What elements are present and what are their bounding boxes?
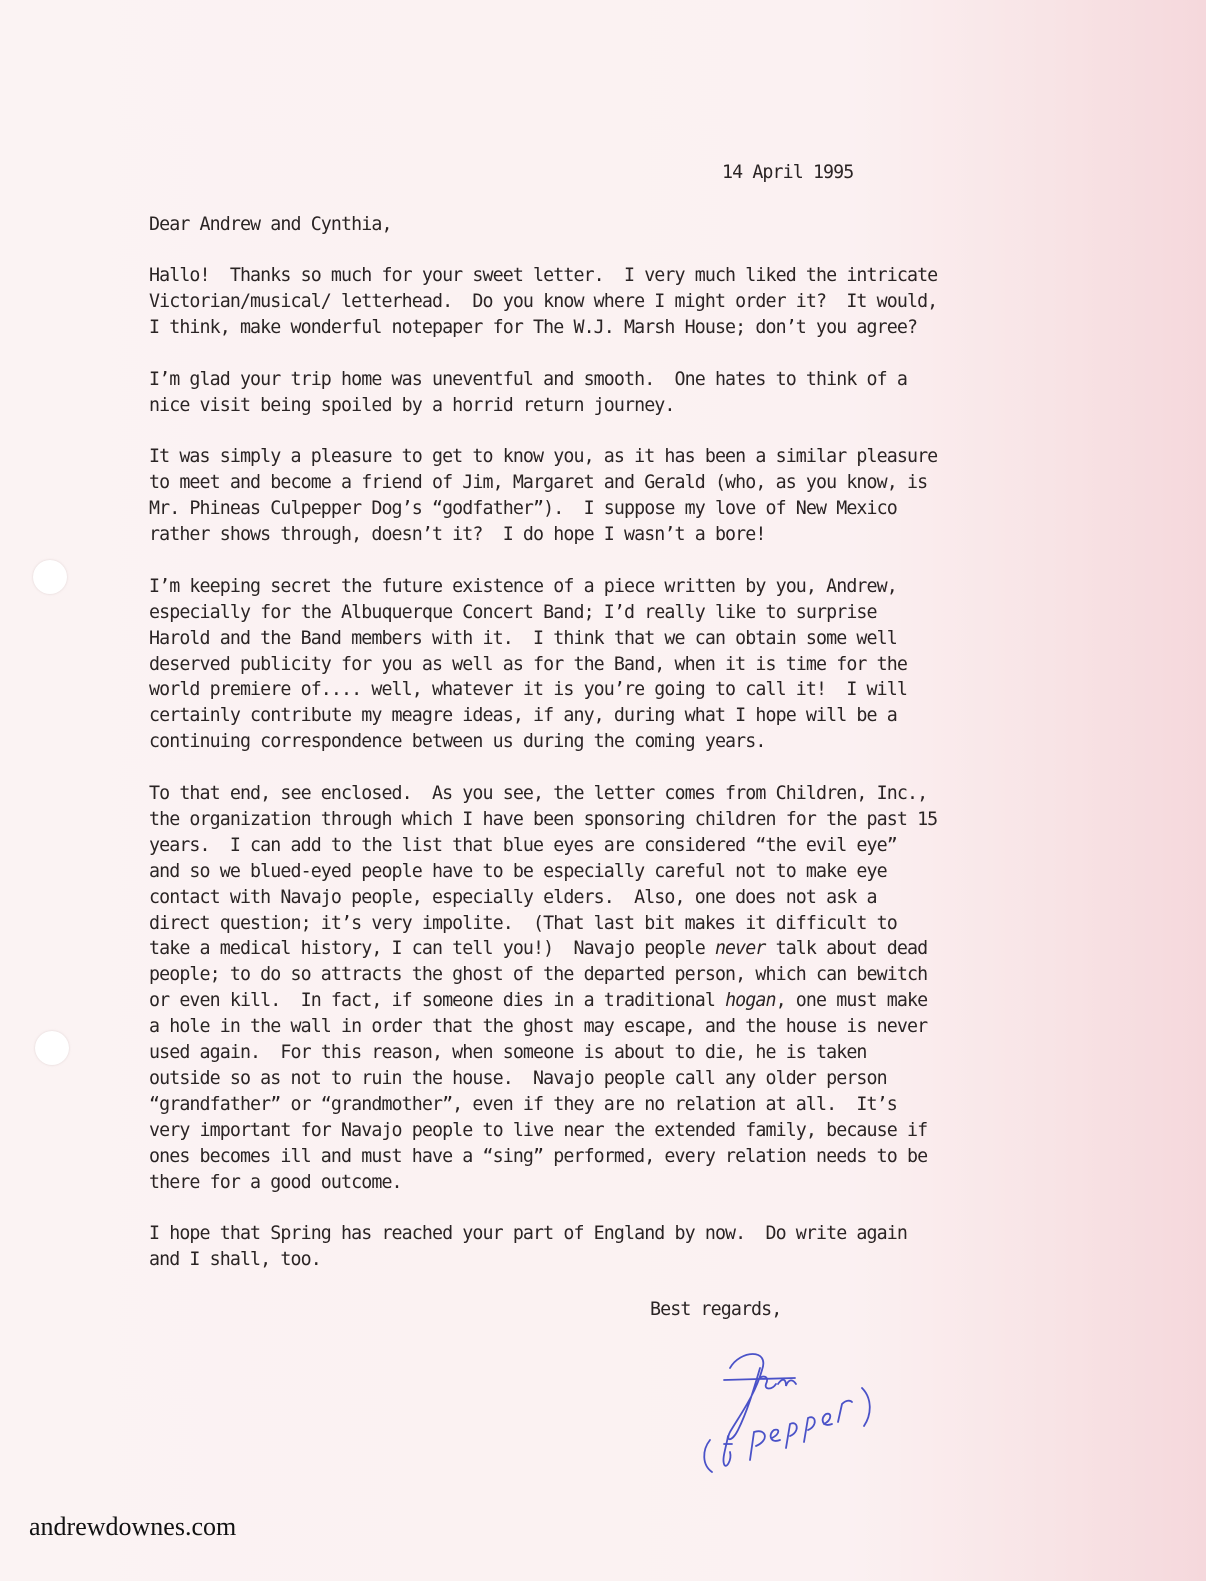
letter-line: outside so as not to ruin the house. Nav… [149, 1066, 887, 1092]
letter-line: people; to do so attracts the ghost of t… [149, 962, 927, 988]
punch-hole [33, 560, 67, 594]
letter-line: Victorian/musical/ letterhead. Do you kn… [149, 289, 937, 315]
letter-line: I think, make wonderful notepaper for Th… [149, 315, 917, 341]
letter-line: I’m glad your trip home was uneventful a… [149, 367, 907, 393]
letter-line: used again. For this reason, when someon… [149, 1040, 867, 1066]
letter-line: deserved publicity for you as well as fo… [149, 652, 907, 678]
letter-line: rather shows through, doesn’t it? I do h… [149, 522, 765, 548]
letter-line: or even kill. In fact, if someone dies i… [149, 988, 927, 1014]
letter-line: certainly contribute my meagre ideas, if… [149, 703, 897, 729]
letter-line: To that end, see enclosed. As you see, t… [149, 781, 927, 807]
letter-line: take a medical history, I can tell you!)… [149, 936, 927, 962]
salutation: Dear Andrew and Cynthia, [149, 212, 392, 238]
letter-line: there for a good outcome. [149, 1170, 402, 1196]
letter-line: a hole in the wall in order that the gho… [149, 1014, 927, 1040]
letter-line: contact with Navajo people, especially e… [149, 885, 877, 911]
letter-line: “grandfather” or “grandmother”, even if … [149, 1092, 897, 1118]
letter-line: nice visit being spoiled by a horrid ret… [149, 393, 675, 419]
signature-ink [700, 1340, 920, 1480]
letter-date: 14 April 1995 [722, 160, 853, 186]
letter-line: very important for Navajo people to live… [149, 1118, 927, 1144]
letter-line: I hope that Spring has reached your part… [149, 1221, 907, 1247]
letter-line: Mr. Phineas Culpepper Dog’s “godfather”)… [149, 496, 897, 522]
letter-line: Harold and the Band members with it. I t… [149, 626, 897, 652]
closing: Best regards, [650, 1297, 781, 1323]
letter-line: direct question; it’s very impolite. (Th… [149, 911, 897, 937]
letter-page: 14 April 1995 Dear Andrew and Cynthia, H… [0, 0, 1206, 1581]
italic-emphasis: never [715, 938, 766, 959]
punch-hole [35, 1031, 69, 1065]
letter-line: continuing correspondence between us dur… [149, 729, 765, 755]
letter-line: I’m keeping secret the future existence … [149, 574, 897, 600]
website-watermark: andrewdownes.com [29, 1512, 236, 1542]
letter-line: It was simply a pleasure to get to know … [149, 444, 937, 470]
letter-line: world premiere of.... well, whatever it … [149, 677, 907, 703]
letter-line: and I shall, too. [149, 1247, 321, 1273]
italic-emphasis: hogan [725, 990, 776, 1011]
letter-line: Hallo! Thanks so much for your sweet let… [149, 263, 937, 289]
letter-line: especially for the Albuquerque Concert B… [149, 600, 877, 626]
letter-line: the organization through which I have be… [149, 807, 937, 833]
letter-line: to meet and become a friend of Jim, Marg… [149, 470, 927, 496]
letter-line: years. I can add to the list that blue e… [149, 833, 897, 859]
letter-line: ones becomes ill and must have a “sing” … [149, 1144, 927, 1170]
handwritten-signature [700, 1340, 920, 1480]
letter-line: and so we blued-eyed people have to be e… [149, 859, 887, 885]
